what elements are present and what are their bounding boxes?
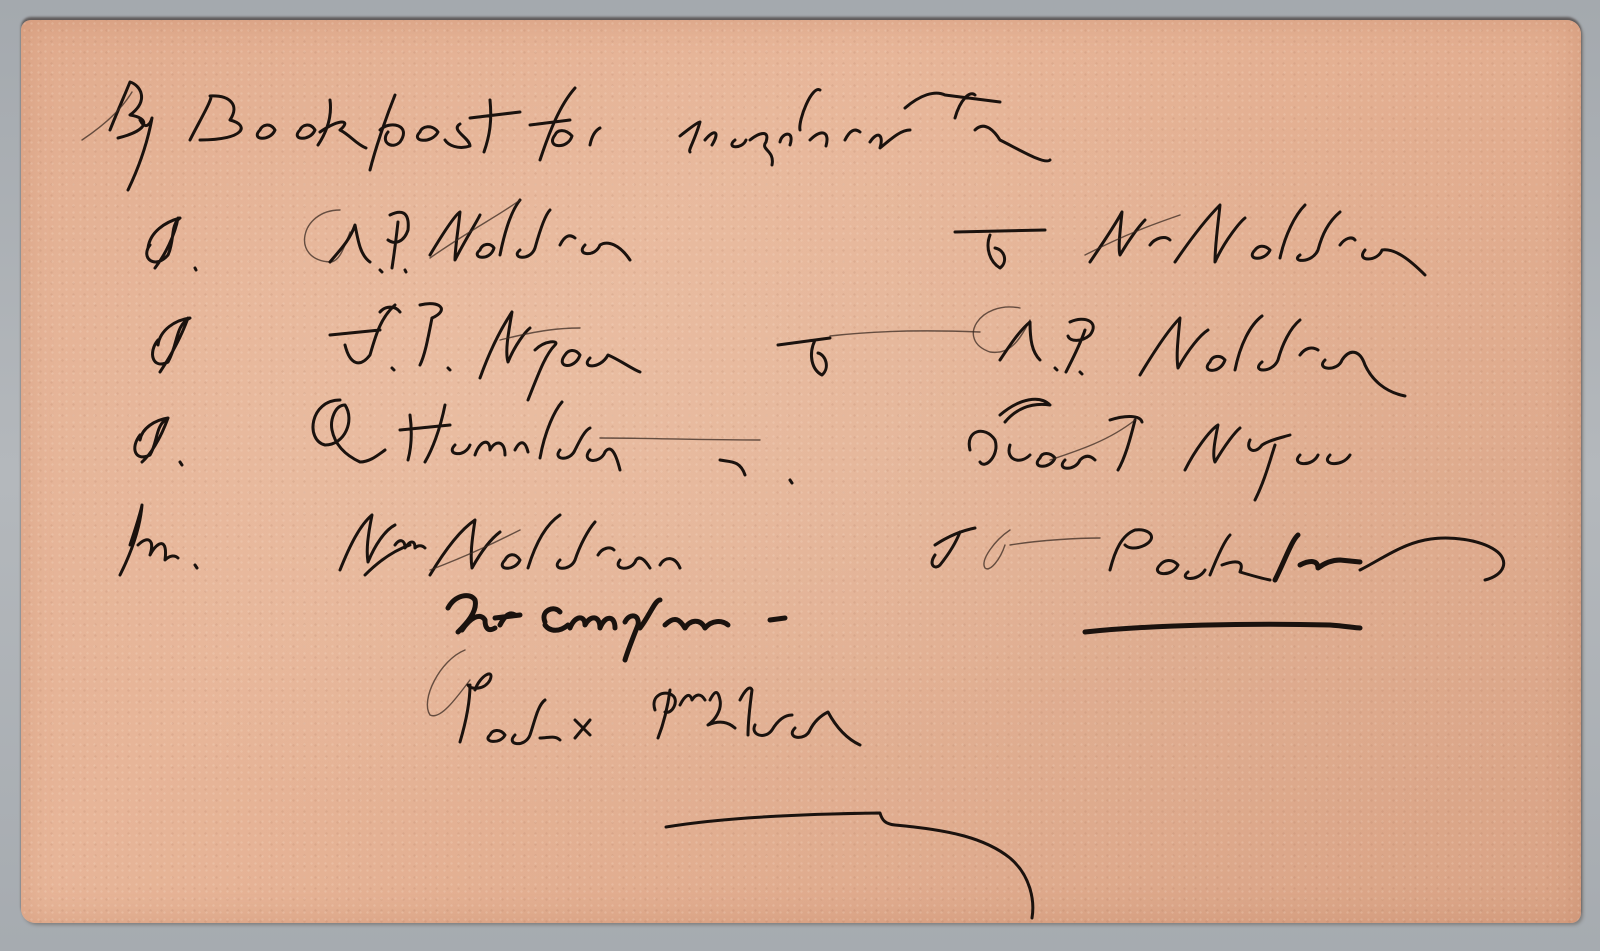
row-2-connector: to bbox=[780, 315, 828, 371]
row-4-mark: M. bbox=[115, 515, 179, 571]
note-text: Not complete — bbox=[450, 590, 859, 648]
row-4-from: Wm Waldren bbox=[320, 515, 632, 571]
row-3-connector: . bbox=[790, 420, 805, 476]
row-2-to: R. P. Waldren bbox=[970, 315, 1292, 371]
row-2-from: F. P. McGee bbox=[325, 315, 606, 371]
flourish-ink bbox=[666, 813, 1033, 918]
row-1-connector: to bbox=[960, 210, 1008, 266]
heading-text: By Book post for registration bbox=[100, 95, 865, 155]
signature-text: Reade & Kirkland bbox=[430, 680, 937, 745]
row-1-from: R. P. Waldron bbox=[310, 210, 632, 266]
row-1-to: Wm Waldron bbox=[1090, 210, 1403, 266]
row-4-to: T J Parker bbox=[930, 515, 1174, 571]
row-3-mark: D. bbox=[130, 405, 182, 461]
row-3-from: R Hamilton bbox=[310, 405, 587, 461]
row-3-to: Fred P McGee bbox=[960, 405, 1309, 461]
row-1-mark: D. bbox=[135, 210, 187, 266]
row-2-mark: D. bbox=[145, 315, 197, 371]
